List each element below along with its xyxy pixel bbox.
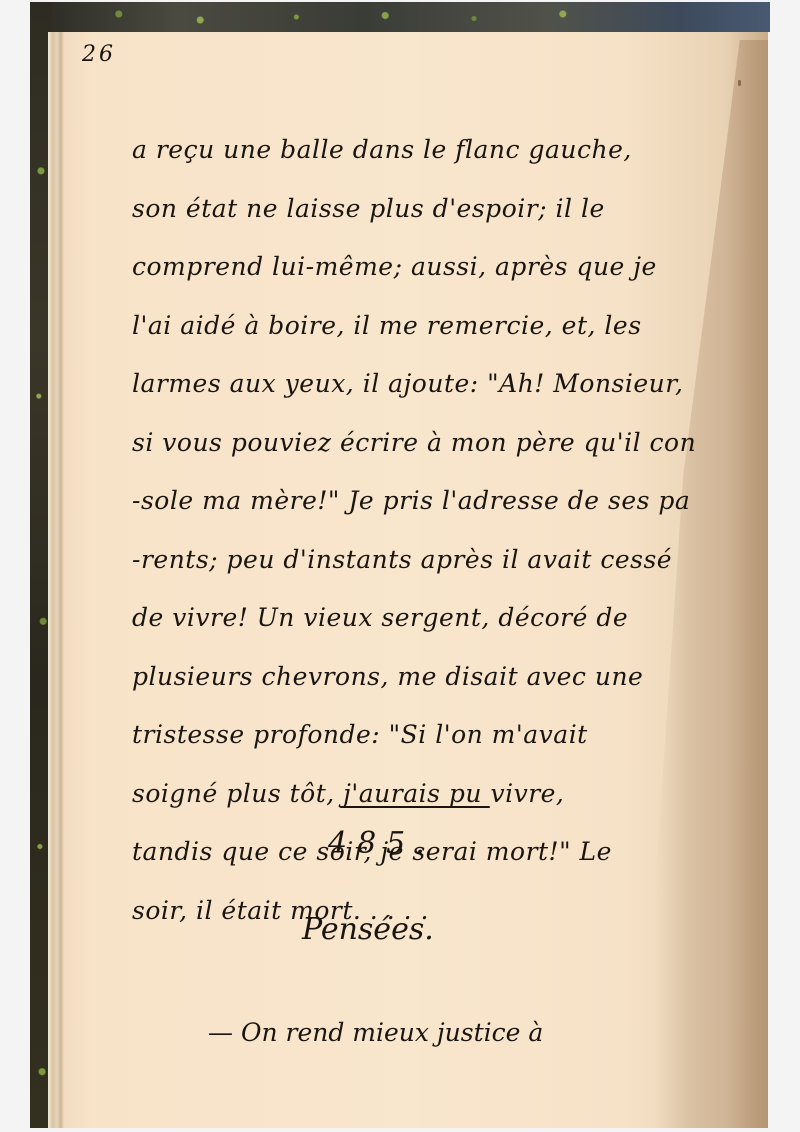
text-line: l'ai aidé à boire, il me remercie, et, l…	[132, 306, 752, 365]
text-line: de vivre! Un vieux sergent, décoré de	[132, 598, 752, 657]
text-line: tandis que ce soir, je serai mort!" Le	[132, 832, 752, 891]
text-line: comprend lui-même; aussi, après que je	[132, 247, 752, 306]
section-divider	[340, 806, 490, 808]
text-line: tristesse profonde: "Si l'on m'avait	[132, 715, 752, 774]
text-line: si vous pouviez écrire à mon père qu'il …	[132, 423, 752, 482]
text-line: larmes aux yeux, il ajoute: "Ah! Monsieu…	[132, 364, 752, 423]
book-binding-top	[30, 2, 770, 32]
text-line: soigné plus tôt, j'aurais pu vivre,	[132, 774, 752, 833]
text-line: a reçu une balle dans le flanc gauche,	[132, 130, 752, 189]
text-line: -rents; peu d'instants après il avait ce…	[132, 540, 752, 599]
text-line: plusieurs chevrons, me disait avec une	[132, 657, 752, 716]
text-line: soir, il était mort. . . . .	[132, 891, 752, 950]
section-title: Pensées.	[302, 912, 434, 947]
paper-speck	[738, 80, 741, 86]
manuscript-body: a reçu une balle dans le flanc gauche, s…	[132, 130, 752, 949]
entry-number: 485.	[328, 826, 435, 861]
text-line: -sole ma mère!" Je pris l'adresse de ses…	[132, 481, 752, 540]
page-number: 26	[82, 42, 116, 67]
text-line: — On rend mieux justice à	[208, 1018, 543, 1047]
page-gutter-edge	[48, 32, 64, 1128]
text-line: son état ne laisse plus d'espoir; il le	[132, 189, 752, 248]
